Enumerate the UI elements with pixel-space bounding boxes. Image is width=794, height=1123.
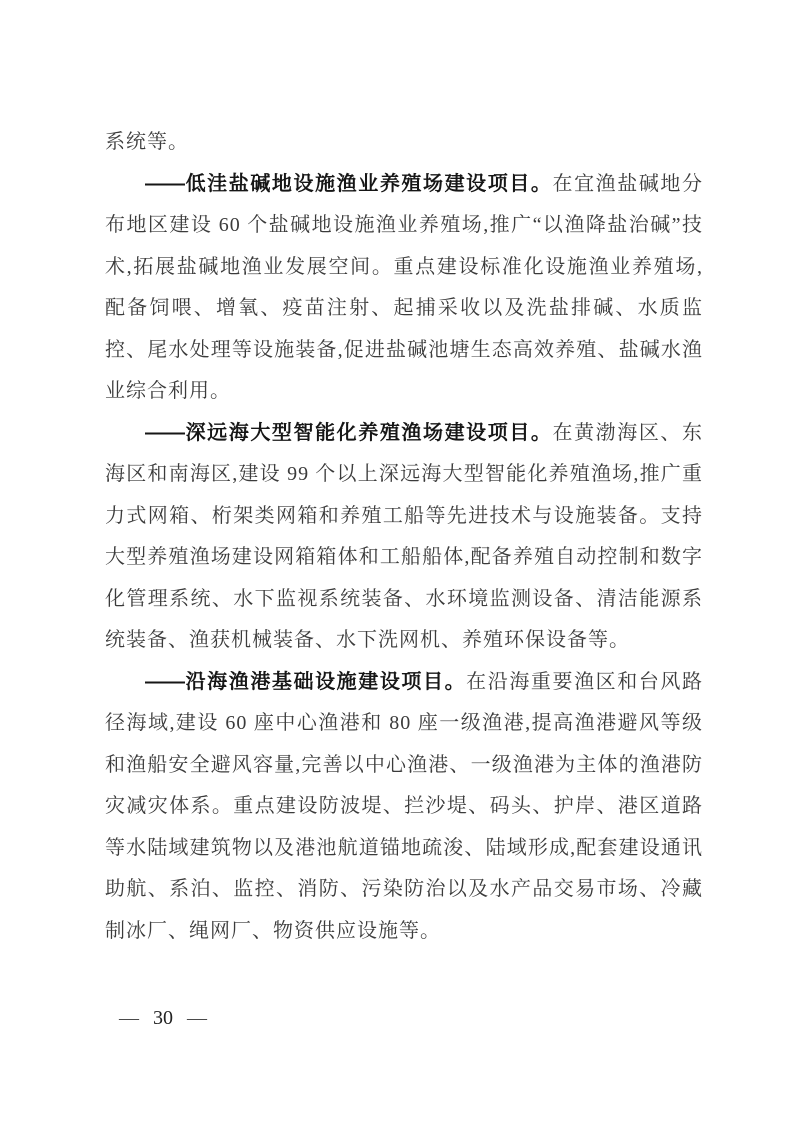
item-2-body: 在黄渤海区、东海区和南海区,建设 99 个以上深远海大型智能化养殖渔场,推广重力…	[105, 422, 703, 652]
page-footer: —30—	[119, 1004, 207, 1032]
item-1-heading: ——低洼盐碱地设施渔业养殖场建设项目。	[145, 173, 553, 195]
item-1-dash: ——	[145, 173, 185, 195]
item-3-heading: ——沿海渔港基础设施建设项目。	[145, 671, 466, 693]
page-number: 30	[153, 1007, 173, 1029]
item-3-title: 沿海渔港基础设施建设项目。	[185, 671, 466, 693]
item-1-title: 低洼盐碱地设施渔业养殖场建设项目。	[185, 173, 553, 195]
item-2-dash: ——	[145, 422, 185, 444]
document-page: 系统等。 ——低洼盐碱地设施渔业养殖场建设项目。在宜渔盐碱地分布地区建设 60 …	[0, 0, 794, 1123]
paragraph-item-3: ——沿海渔港基础设施建设项目。在沿海重要渔区和台风路径海域,建设 60 座中心渔…	[105, 662, 703, 953]
paragraph-item-1: ——低洼盐碱地设施渔业养殖场建设项目。在宜渔盐碱地分布地区建设 60 个盐碱地设…	[105, 164, 703, 413]
paragraph-item-2: ——深远海大型智能化养殖渔场建设项目。在黄渤海区、东海区和南海区,建设 99 个…	[105, 413, 703, 662]
item-2-title: 深远海大型智能化养殖渔场建设项目。	[185, 422, 553, 444]
paragraph-continuation: 系统等。	[105, 122, 703, 164]
item-3-body: 在沿海重要渔区和台风路径海域,建设 60 座中心渔港和 80 座一级渔港,提高渔…	[105, 671, 703, 942]
footer-right-dash: —	[187, 1007, 207, 1029]
footer-left-dash: —	[119, 1007, 139, 1029]
paragraph-text: 系统等。	[105, 131, 189, 153]
item-3-dash: ——	[145, 671, 185, 693]
item-1-body: 在宜渔盐碱地分布地区建设 60 个盐碱地设施渔业养殖场,推广“以渔降盐治碱”技术…	[105, 173, 703, 403]
item-2-heading: ——深远海大型智能化养殖渔场建设项目。	[145, 422, 553, 444]
page-body-text: 系统等。 ——低洼盐碱地设施渔业养殖场建设项目。在宜渔盐碱地分布地区建设 60 …	[105, 122, 703, 952]
